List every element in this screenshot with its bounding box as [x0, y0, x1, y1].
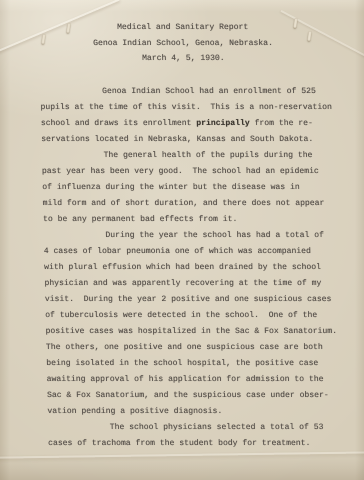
report-content: Medical and Sanitary Report Genoa Indian… — [0, 0, 364, 480]
report-school-line: Genoa Indian School, Genoa, Nebraska. — [15, 36, 351, 52]
text-line: vation pending a positive diagnosis. — [47, 404, 347, 420]
text-line: servations located in Nebraska, Kansas a… — [41, 132, 341, 148]
text-line: Genoa Indian School had an enrollment of… — [40, 84, 340, 100]
text-line: with plural effusion which had been drai… — [44, 260, 344, 276]
report-header: Medical and Sanitary Report Genoa Indian… — [14, 20, 351, 67]
text-line: pupils at the time of this visit. This i… — [40, 100, 340, 116]
text-segment: school and draws its enrollment — [41, 119, 197, 128]
text-line: of tuberculosis were detected in the sch… — [45, 308, 345, 324]
report-body: Genoa Indian School had an enrollment of… — [40, 84, 348, 452]
text-line: The school physicians selected a total o… — [48, 420, 348, 436]
text-line: mild form and of short duration, and the… — [42, 196, 342, 212]
text-line: cases of trachoma from the student body … — [48, 436, 348, 452]
text-line: awaiting approval of his application for… — [46, 372, 346, 388]
report-title: Medical and Sanitary Report — [14, 20, 350, 36]
text-line: The general health of the pupils during … — [41, 148, 341, 164]
text-segment-emphasis: principally — [196, 119, 250, 128]
text-line: physician and was apparently recovering … — [44, 276, 344, 292]
text-line: positive cases was hospitalized in the S… — [45, 324, 345, 340]
text-line: Sac & Fox Sanatorium, and the suspicious… — [47, 388, 347, 404]
paragraph-pneumonia-tuberculosis: During the year the school has had a tot… — [43, 228, 347, 420]
paragraph-trachoma: The school physicians selected a total o… — [48, 420, 349, 452]
text-line: visit. During the year 2 positive and on… — [45, 292, 345, 308]
scanned-report-page: Medical and Sanitary Report Genoa Indian… — [0, 0, 364, 480]
text-line: school and draws its enrollment principa… — [41, 116, 341, 132]
report-date-line: March 4, 5, 1930. — [15, 51, 351, 67]
text-line: 4 cases of lobar pneumonia one of which … — [44, 244, 344, 260]
text-line: During the year the school has had a tot… — [43, 228, 343, 244]
text-line: of influenza during the winter but the d… — [42, 180, 342, 196]
text-line: being isolated in the school hospital, t… — [46, 356, 346, 372]
paragraph-enrollment: Genoa Indian School had an enrollment of… — [40, 84, 341, 148]
text-line: to be any permanent bad effects from it. — [43, 212, 343, 228]
text-segment: from the re- — [250, 119, 313, 128]
paragraph-general-health: The general health of the pupils during … — [41, 148, 343, 228]
text-line: past year has been very good. The school… — [42, 164, 342, 180]
text-line: The others, one positive and one suspici… — [46, 340, 346, 356]
